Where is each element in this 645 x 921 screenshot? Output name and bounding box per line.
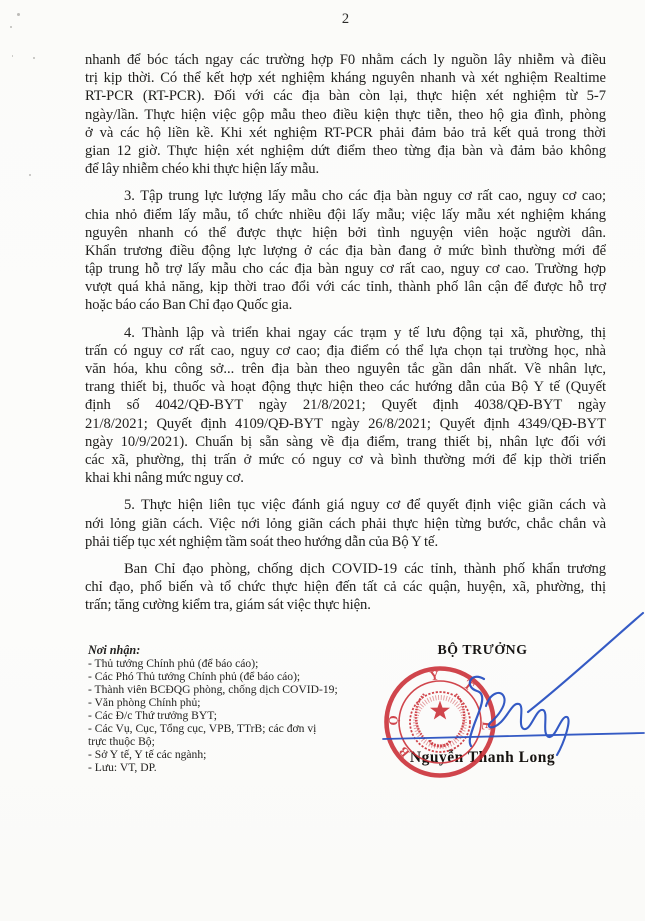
text-line: Khẩn trương điều động lực lượng ở các đị… xyxy=(85,242,606,260)
page-number: 2 xyxy=(85,11,606,28)
recipient-line: - Thủ tướng Chính phủ (để báo cáo); xyxy=(88,657,388,670)
paragraph: 5. Thực hiện liên tục việc đánh giá nguy… xyxy=(85,496,606,551)
text-line: 4. Thành lập và triển khai ngay các trạm… xyxy=(85,324,606,342)
paragraph: nhanh để bóc tách ngay các trường hợp F0… xyxy=(85,51,606,178)
recipient-line: - Các Phó Thủ tướng Chính phủ (để báo cá… xyxy=(88,670,388,683)
recipient-line: - Các Vụ, Cục, Tổng cục, VPB, TTrB; các … xyxy=(88,722,388,735)
text-line: RT-PCR (RT-PCR). Đối với các địa bàn còn… xyxy=(85,87,606,105)
text-line: chỉ đạo, phổ biến và tổ chức thực hiện đ… xyxy=(85,578,606,596)
text-line: tập trung hỗ trợ lấy mẫu cho các địa bàn… xyxy=(85,260,606,278)
text-line: phải tiếp tục xét nghiệm tầm soát theo h… xyxy=(85,533,606,551)
text-line: khai khi nâng mức nguy cơ. xyxy=(85,469,606,487)
recipients-block: Nơi nhận: - Thủ tướng Chính phủ (để báo … xyxy=(88,643,388,774)
recipients-header: Nơi nhận: xyxy=(88,643,388,657)
text-line: vượt quá khả năng, kịp thời trao đổi với… xyxy=(85,278,606,296)
text-line: 3. Tập trung lực lượng lấy mẫu cho các đ… xyxy=(85,187,606,205)
recipient-line: - Văn phòng Chính phủ; xyxy=(88,696,388,709)
document-page: 2 nhanh để bóc tách ngay các trường hợp … xyxy=(0,0,645,921)
recipient-line: - Lưu: VT, DP. xyxy=(88,761,388,774)
text-line: văn hóa, khu công sở... trên địa bàn the… xyxy=(85,360,606,378)
recipient-line: trực thuộc Bộ; xyxy=(88,735,388,748)
text-line: ngày/lần. Thực hiện việc gộp mẫu theo đi… xyxy=(85,106,606,124)
scan-speck xyxy=(29,174,31,176)
text-line: hoặc báo cáo Ban Chỉ đạo Quốc gia. xyxy=(85,296,606,314)
text-line: nhanh để bóc tách ngay các trường hợp F0… xyxy=(85,51,606,69)
recipient-line: - Thành viên BCĐQG phòng, chống dịch COV… xyxy=(88,683,388,696)
recipient-line: - Các Đ/c Thứ trưởng BYT; xyxy=(88,709,388,722)
scan-speck xyxy=(10,26,12,28)
text-line: trị kịp thời. Có thể kết hợp xét nghiệm … xyxy=(85,69,606,87)
text-line: trang thiết bị, thuốc và hoạt động thực … xyxy=(85,378,606,396)
signature-underline xyxy=(383,733,644,739)
document-text: nhanh để bóc tách ngay các trường hợp F0… xyxy=(85,51,606,614)
text-line: Ban Chỉ đạo phòng, chống dịch COVID-19 c… xyxy=(85,560,606,578)
text-line: ngày 10/9/2021). Chuẩn bị sẵn sàng về đị… xyxy=(85,433,606,451)
text-line: 21/8/2021; Quyết định 4109/QĐ-BYT ngày 2… xyxy=(85,415,606,433)
signature-loops xyxy=(486,693,569,755)
paragraph: 3. Tập trung lực lượng lấy mẫu cho các đ… xyxy=(85,187,606,314)
text-line: nguyên nhanh có thể được thực hiện bởi t… xyxy=(85,224,606,242)
text-line: gian 12 giờ. Thực hiện xét nghiệm dứt đi… xyxy=(85,142,606,160)
text-line: trấn có nguy cơ rất cao, nguy cơ cao; đị… xyxy=(85,342,606,360)
signature-flourish xyxy=(528,613,643,712)
recipient-line: - Sở Y tế, Y tế các ngành; xyxy=(88,748,388,761)
text-line: chia nhỏ điểm lấy mẫu, tổ chức nhiều đội… xyxy=(85,206,606,224)
text-line: các xã, phường, thị trấn ở mức có nguy c… xyxy=(85,451,606,469)
paragraph: 4. Thành lập và triển khai ngay các trạm… xyxy=(85,324,606,488)
signature-scribble xyxy=(380,605,645,760)
text-line: định số 4042/QĐ-BYT ngày 21/8/2021; Quyế… xyxy=(85,396,606,414)
text-line: để lây nhiễm chéo khi thực hiện lấy mẫu. xyxy=(85,160,606,178)
scan-speck xyxy=(33,57,35,59)
signature-stem xyxy=(470,677,484,746)
text-line: 5. Thực hiện liên tục việc đánh giá nguy… xyxy=(85,496,606,514)
scan-speck xyxy=(12,55,13,57)
scan-speck xyxy=(17,13,20,16)
text-line: ở và các hộ liền kề. Khi xét nghiệm RT-P… xyxy=(85,124,606,142)
recipients-list: - Thủ tướng Chính phủ (để báo cáo);- Các… xyxy=(88,657,388,774)
text-line: nới lỏng giãn cách. Việc nới lỏng giãn c… xyxy=(85,515,606,533)
